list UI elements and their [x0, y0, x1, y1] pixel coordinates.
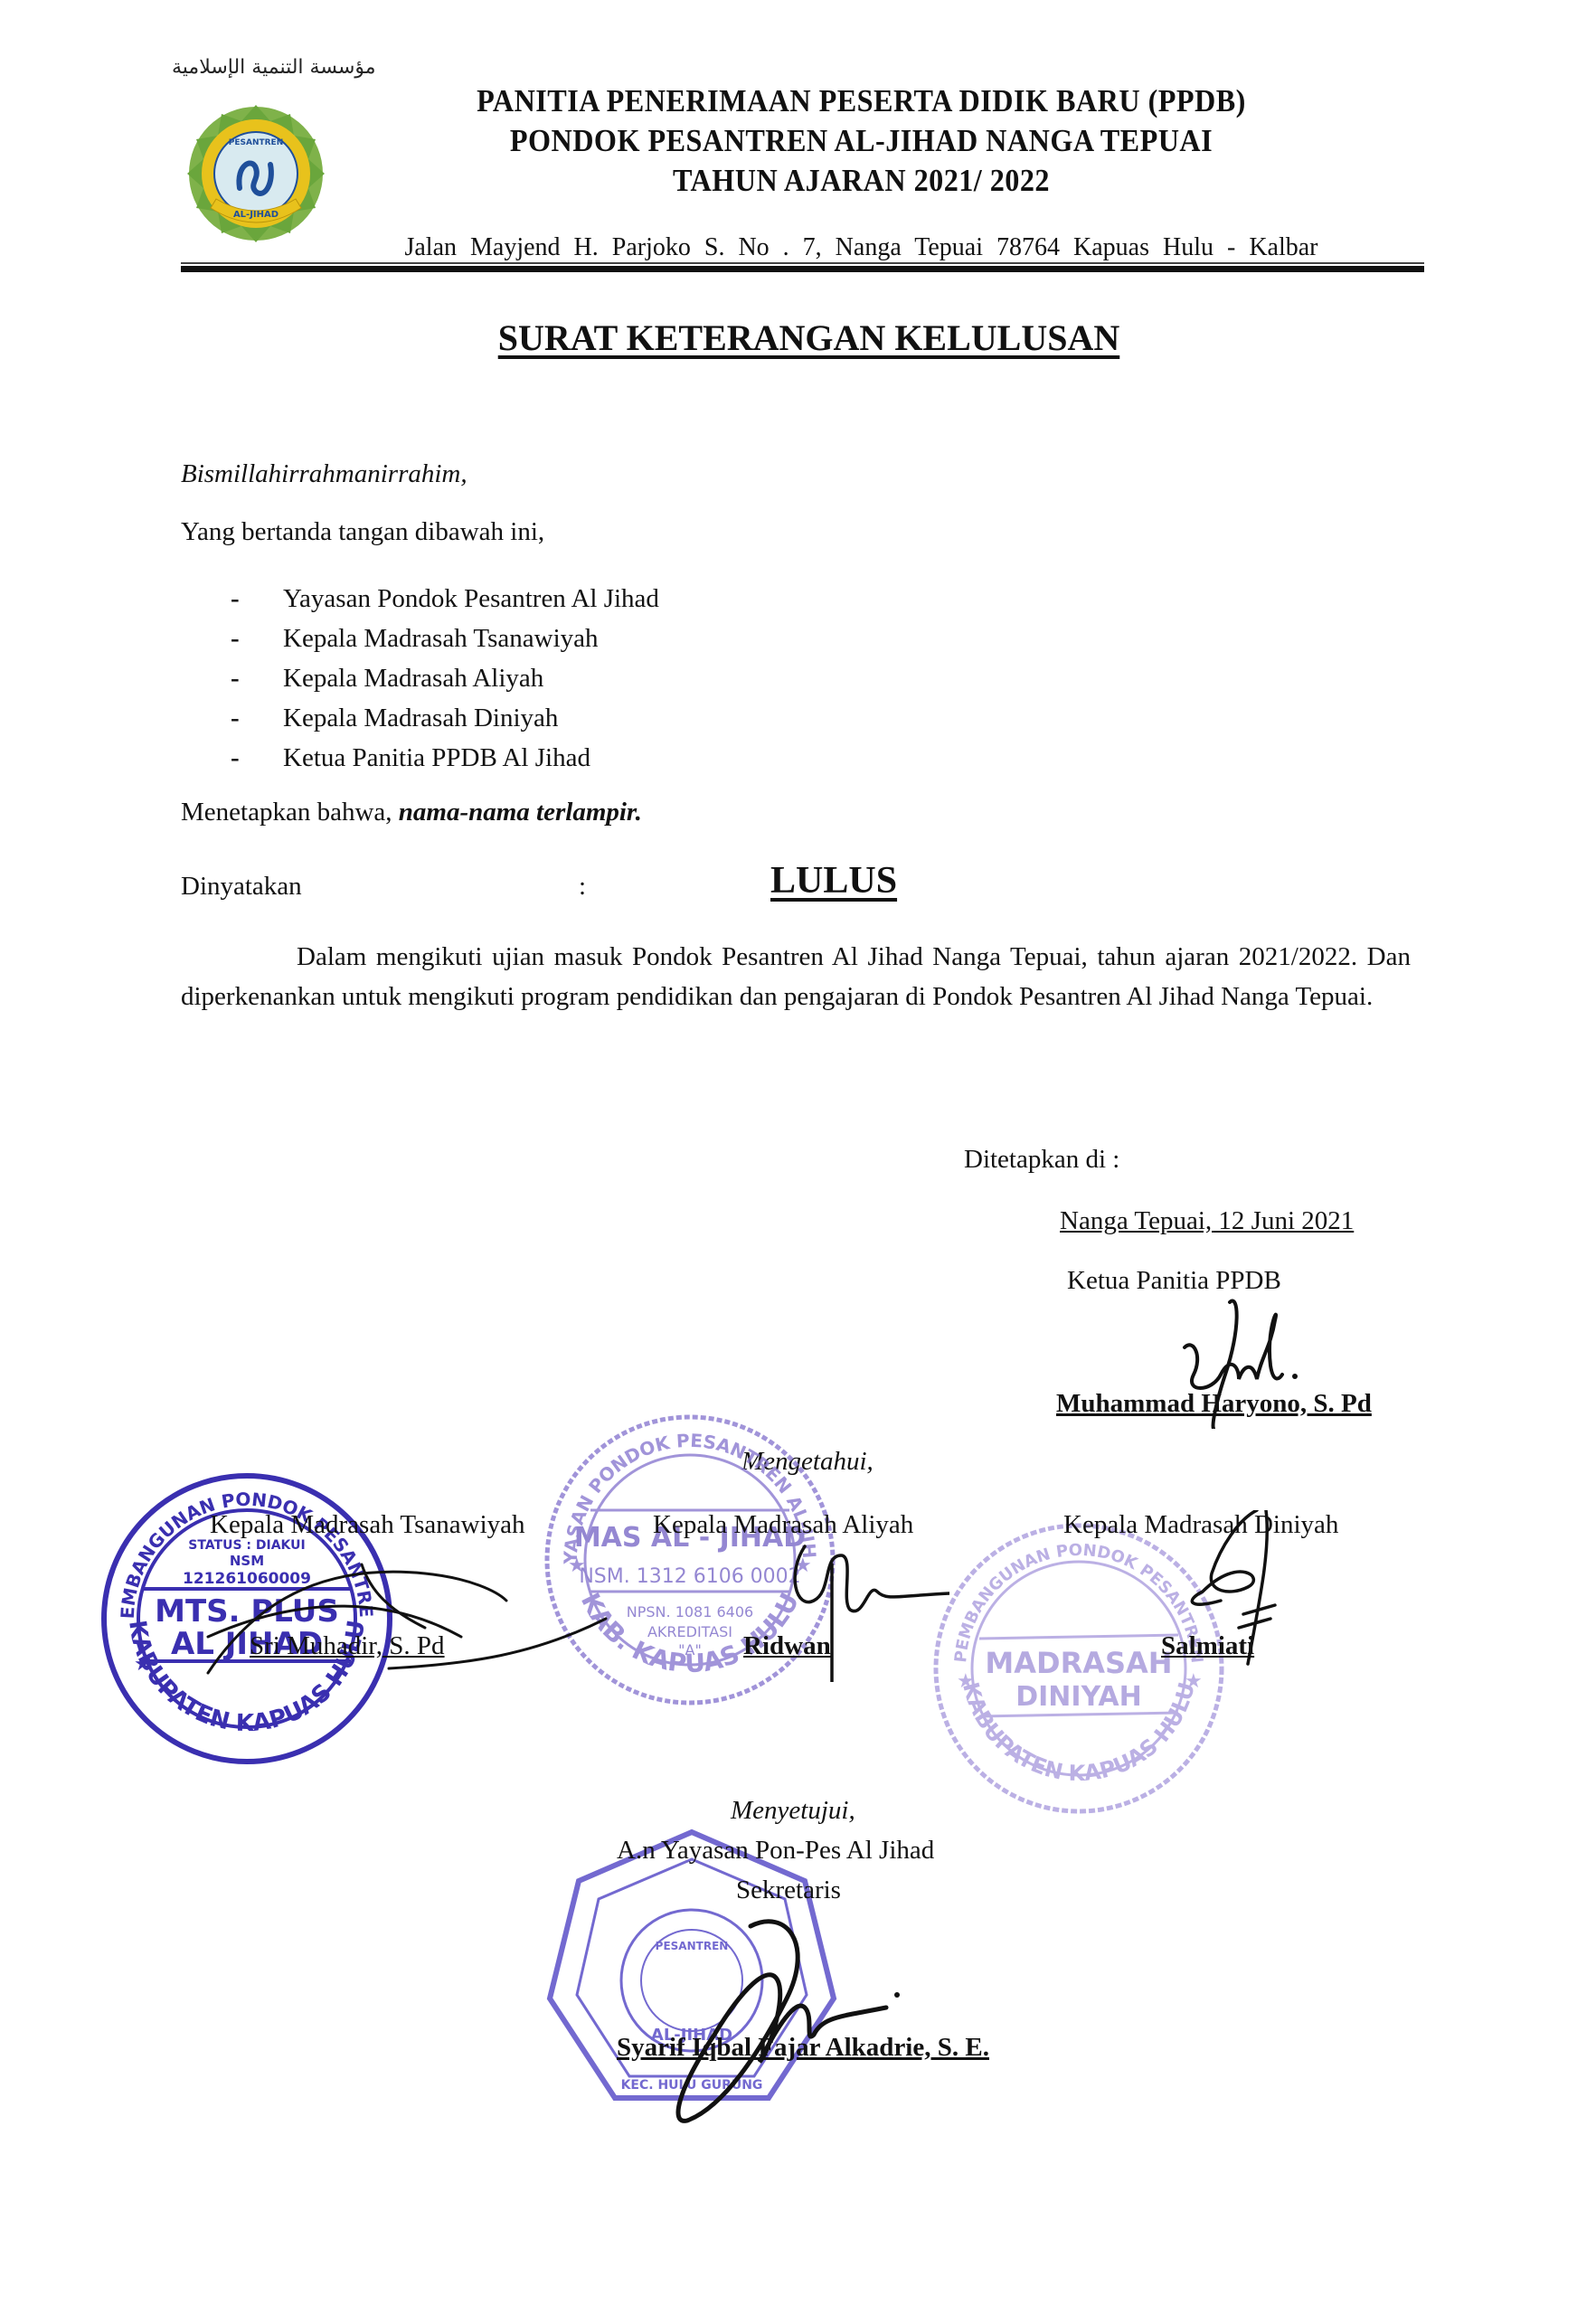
- svg-text:PESANTREN: PESANTREN: [656, 1940, 729, 1952]
- svg-text:DINIYAH: DINIYAH: [1015, 1681, 1142, 1713]
- foundation-role: Sekretaris: [736, 1876, 841, 1905]
- document-title: SURAT KETERANGAN KELULUSAN: [11, 317, 1596, 359]
- approved-label: Menyetujui,: [731, 1796, 855, 1826]
- svg-text:YAYASAN PEMBANGUNAN PONDOK PES: YAYASAN PEMBANGUNAN PONDOK PESANTREN AL-…: [98, 1469, 377, 1620]
- svg-text:★: ★: [794, 1554, 812, 1576]
- svg-text:AL-JIHAD: AL-JIHAD: [233, 210, 279, 220]
- head-role-mts: Kepala Madrasah Tsanawiyah: [210, 1510, 525, 1540]
- declared-colon: :: [579, 872, 586, 902]
- place-label: Ditetapkan di :: [964, 1145, 1119, 1175]
- signatory-list: -Yayasan Pondok Pesantren Al Jihad -Kepa…: [231, 579, 659, 778]
- acknowledged-label: Mengetahui,: [741, 1447, 874, 1477]
- head-name-mts: Sri Muhadir, S. Pd: [250, 1631, 445, 1661]
- stamp-yayasan-icon: PESANTREN AL-JIHAD KEC. HULU GURUNG: [543, 1827, 841, 2125]
- arabic-calligraphy-header: مؤسسة التنمية الإسلامية: [172, 56, 376, 79]
- head-role-ma: Kepala Madrasah Aliyah: [653, 1510, 913, 1540]
- svg-text:121261060009: 121261060009: [183, 1570, 311, 1588]
- svg-text:★: ★: [957, 1669, 975, 1692]
- stamp-md-icon: YAYASAN PEMBANGUNAN PONDOK PESANTREN AL-…: [930, 1519, 1228, 1818]
- svg-text:MADRASAH: MADRASAH: [985, 1646, 1172, 1680]
- list-item: -Ketua Panitia PPDB Al Jihad: [231, 738, 659, 778]
- svg-text:★: ★: [568, 1554, 586, 1576]
- greeting: Bismillahirrahmanirrahim,: [181, 459, 467, 489]
- bullet-dash: -: [231, 738, 240, 778]
- foundation-name: Syarif Iqbal Fajar Alkadrie, S. E.: [617, 2033, 989, 2063]
- header-line-institution: PONDOK PESANTREN AL-JIHAD NANGA TEPUAI: [127, 123, 1596, 159]
- list-item: -Kepala Madrasah Aliyah: [231, 658, 659, 698]
- decision-statement: Menetapkan bahwa, nama-nama terlampir.: [181, 798, 642, 827]
- list-item: -Kepala Madrasah Tsanawiyah: [231, 619, 659, 658]
- svg-text:NSM. 1312 6106 0002: NSM. 1312 6106 0002: [579, 1565, 800, 1588]
- svg-text:STATUS : DIAKUI: STATUS : DIAKUI: [188, 1538, 306, 1553]
- bullet-dash: -: [231, 579, 240, 619]
- foundation-on-behalf: A.n Yayasan Pon-Pes Al Jihad: [617, 1836, 934, 1866]
- svg-text:★: ★: [1185, 1669, 1203, 1692]
- svg-text:NSM: NSM: [230, 1553, 264, 1569]
- intro-text: Yang bertanda tangan dibawah ini,: [181, 517, 544, 547]
- place-date: Nanga Tepuai, 12 Juni 2021: [1060, 1206, 1354, 1236]
- svg-text:★: ★: [134, 1652, 152, 1675]
- bullet-dash: -: [231, 658, 240, 698]
- svg-text:KABUPATEN KAPUAS HULU: KABUPATEN KAPUAS HULU: [958, 1679, 1200, 1786]
- signature-foundation-icon: [633, 1908, 904, 2125]
- declared-label: Dinyatakan: [181, 872, 302, 902]
- svg-text:"A": "A": [678, 1641, 702, 1658]
- decision-emphasis: nama-nama terlampir.: [399, 798, 642, 827]
- svg-text:AKREDITASI: AKREDITASI: [647, 1623, 732, 1640]
- header-line-committee: PANITIA PENERIMAAN PESERTA DIDIK BARU (P…: [127, 83, 1596, 119]
- committee-role: Ketua Panitia PPDB: [1067, 1266, 1281, 1296]
- list-item: -Kepala Madrasah Diniyah: [231, 698, 659, 738]
- bullet-dash: -: [231, 698, 240, 738]
- bullet-dash: -: [231, 619, 240, 658]
- header-address: Jalan Mayjend H. Parjoko S. No . 7, Nang…: [63, 233, 1596, 262]
- svg-text:YAYASAN PONDOK PESANTREN AL-JI: YAYASAN PONDOK PESANTREN AL-JIHAD: [541, 1411, 820, 1565]
- committee-name: Muhammad Haryono, S. Pd: [1056, 1389, 1372, 1419]
- svg-text:MTS. PLUS: MTS. PLUS: [155, 1593, 339, 1630]
- header-divider-thin: [181, 262, 1424, 264]
- header-divider: [181, 266, 1424, 272]
- head-name-ma: Ridwan: [743, 1631, 831, 1661]
- svg-text:KEC. HULU GURUNG: KEC. HULU GURUNG: [621, 2078, 763, 2093]
- list-item: -Yayasan Pondok Pesantren Al Jihad: [231, 579, 659, 619]
- head-name-md: Salmiati: [1161, 1631, 1254, 1661]
- body-paragraph: Dalam mengikuti ujian masuk Pondok Pesan…: [181, 937, 1411, 1016]
- svg-text:NPSN. 1081 6406: NPSN. 1081 6406: [627, 1603, 753, 1620]
- head-role-md: Kepala Madrasah Diniyah: [1063, 1510, 1338, 1540]
- header-line-academic-year: TAHUN AJARAN 2021/ 2022: [127, 163, 1596, 199]
- result-status: LULUS: [770, 859, 897, 902]
